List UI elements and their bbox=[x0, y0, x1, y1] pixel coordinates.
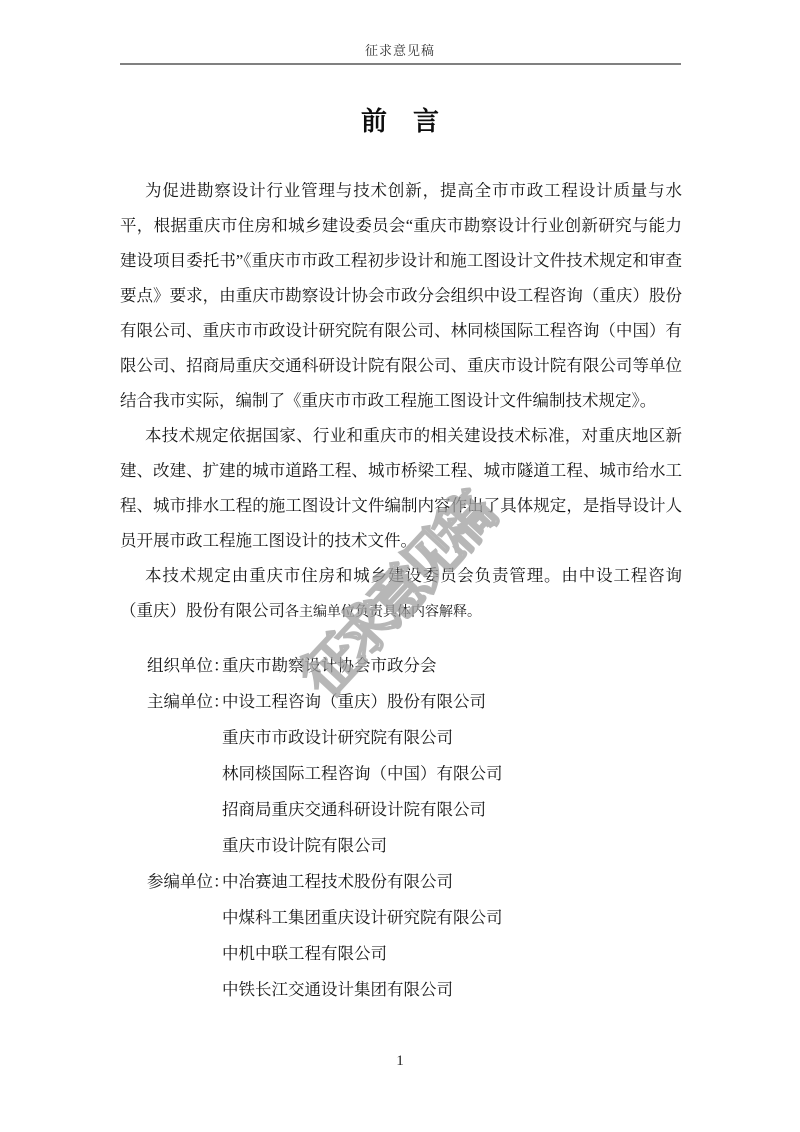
unit-list: 组织单位： 重庆市勘察设计协会市政分会 主编单位： 中设工程咨询（重庆）股份有限… bbox=[120, 648, 682, 1008]
unit-name: 林同棪国际工程咨询（中国）有限公司 bbox=[222, 756, 682, 792]
paragraph-3: 本技术规定由重庆市住房和城乡建设委员会负责管理。由中设工程咨询（重庆）股份有限公… bbox=[120, 558, 682, 630]
page-number: 1 bbox=[0, 1052, 800, 1070]
unit-label: 参编单位： bbox=[147, 864, 222, 900]
unit-row-participating-editor: 参编单位： 中冶赛迪工程技术股份有限公司 bbox=[120, 864, 682, 900]
unit-name: 中铁长江交通设计集团有限公司 bbox=[222, 972, 682, 1008]
paragraph-3-small-note: 各主编单位负责具体内容解释。 bbox=[285, 605, 481, 620]
unit-name: 中煤科工集团重庆设计研究院有限公司 bbox=[222, 900, 682, 936]
unit-row-organizer: 组织单位： 重庆市勘察设计协会市政分会 bbox=[120, 648, 682, 684]
unit-row: 重庆市市政设计研究院有限公司 bbox=[120, 720, 682, 756]
unit-label: 组织单位： bbox=[147, 648, 222, 684]
unit-name: 招商局重庆交通科研设计院有限公司 bbox=[222, 792, 682, 828]
unit-name: 中冶赛迪工程技术股份有限公司 bbox=[222, 864, 682, 900]
unit-row: 中煤科工集团重庆设计研究院有限公司 bbox=[120, 900, 682, 936]
unit-name: 重庆市市政设计研究院有限公司 bbox=[222, 720, 682, 756]
unit-name: 中设工程咨询（重庆）股份有限公司 bbox=[222, 684, 682, 720]
unit-row: 林同棪国际工程咨询（中国）有限公司 bbox=[120, 756, 682, 792]
paragraph-2: 本技术规定依据国家、行业和重庆市的相关建设技术标准，对重庆地区新建、改建、扩建的… bbox=[120, 418, 682, 558]
unit-row: 重庆市设计院有限公司 bbox=[120, 828, 682, 864]
unit-name: 重庆市设计院有限公司 bbox=[222, 828, 682, 864]
document-page: 征求意见稿 前 言 为促进勘察设计行业管理与技术创新，提高全市市政工程设计质量与… bbox=[0, 0, 800, 1132]
unit-name: 中机中联工程有限公司 bbox=[222, 936, 682, 972]
header-rule bbox=[120, 63, 681, 65]
unit-row: 招商局重庆交通科研设计院有限公司 bbox=[120, 792, 682, 828]
running-header: 征求意见稿 bbox=[0, 42, 800, 60]
page-title: 前 言 bbox=[0, 106, 800, 138]
unit-row-chief-editor: 主编单位： 中设工程咨询（重庆）股份有限公司 bbox=[120, 684, 682, 720]
paragraph-1: 为促进勘察设计行业管理与技术创新，提高全市市政工程设计质量与水平，根据重庆市住房… bbox=[120, 173, 682, 418]
unit-label: 主编单位： bbox=[147, 684, 222, 720]
unit-row: 中铁长江交通设计集团有限公司 bbox=[120, 972, 682, 1008]
unit-name: 重庆市勘察设计协会市政分会 bbox=[222, 648, 682, 684]
unit-row: 中机中联工程有限公司 bbox=[120, 936, 682, 972]
body-text: 为促进勘察设计行业管理与技术创新，提高全市市政工程设计质量与水平，根据重庆市住房… bbox=[120, 173, 682, 630]
